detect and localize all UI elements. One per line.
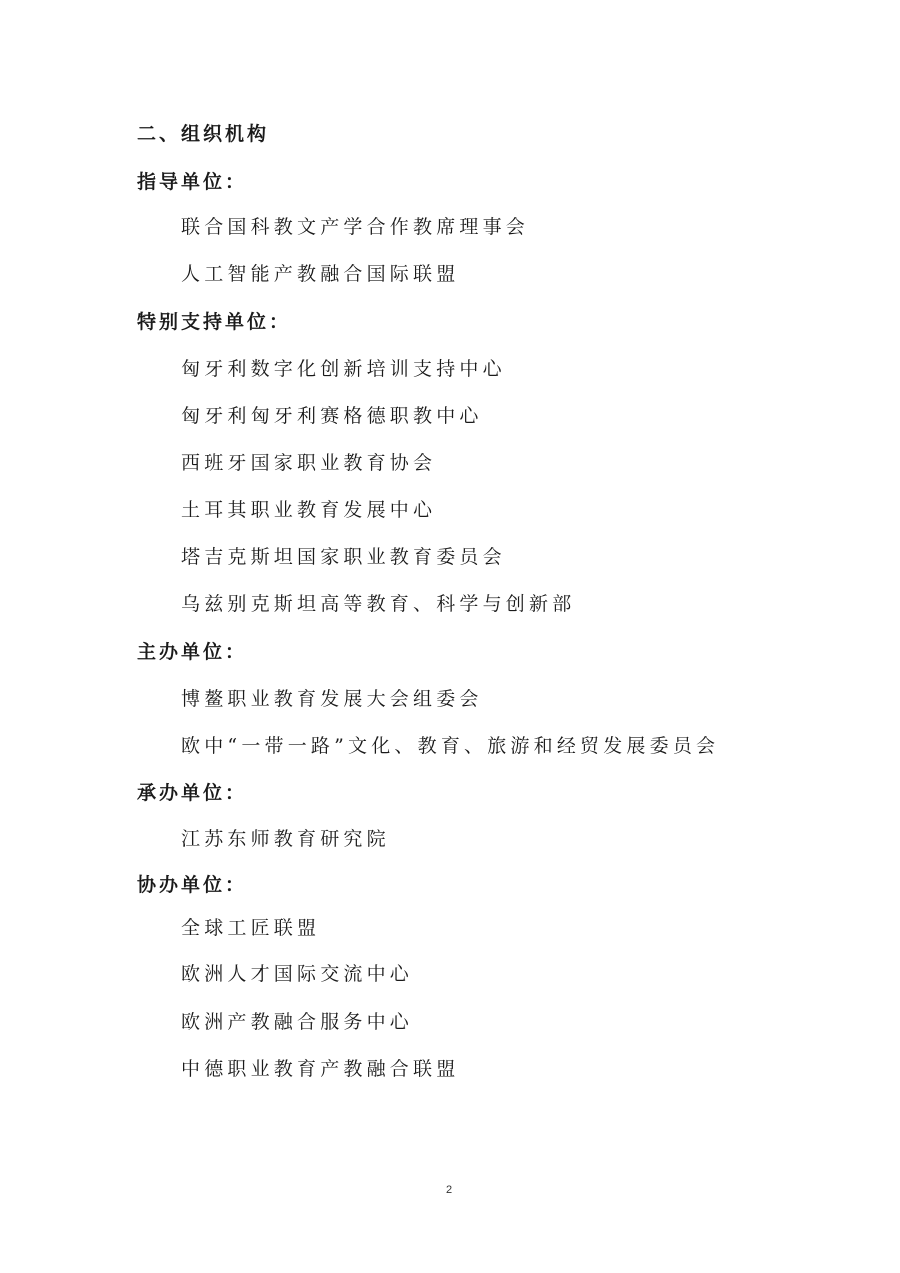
organizer-units-label: 承办单位： <box>137 781 247 805</box>
list-item: 匈牙利数字化创新培训支持中心 <box>181 357 506 381</box>
list-item: 欧洲产教融合服务中心 <box>181 1010 413 1034</box>
list-item: 联合国科教文产学合作教席理事会 <box>181 215 529 239</box>
guiding-units-label: 指导单位： <box>137 170 247 194</box>
document-page: 二、组织机构 指导单位： 联合国科教文产学合作教席理事会 人工智能产教融合国际联… <box>0 0 900 1273</box>
list-item: 塔吉克斯坦国家职业教育委员会 <box>181 545 506 569</box>
list-item: 欧洲人才国际交流中心 <box>181 962 413 986</box>
list-item: 江苏东师教育研究院 <box>181 827 390 851</box>
list-item: 匈牙利匈牙利赛格德职教中心 <box>181 404 483 428</box>
list-item: 全球工匠联盟 <box>181 916 320 940</box>
list-item: 西班牙国家职业教育协会 <box>181 451 436 475</box>
page-number: 2 <box>446 1184 452 1196</box>
list-item: 乌兹别克斯坦高等教育、科学与创新部 <box>181 592 575 616</box>
list-item: 欧中“一带一路”文化、教育、旅游和经贸发展委员会 <box>181 734 719 758</box>
special-support-units-label: 特别支持单位： <box>137 310 291 334</box>
list-item: 中德职业教育产教融合联盟 <box>181 1057 459 1081</box>
list-item: 人工智能产教融合国际联盟 <box>181 262 459 286</box>
section-title: 二、组织机构 <box>137 122 269 146</box>
list-item: 土耳其职业教育发展中心 <box>181 498 436 522</box>
co-organizer-units-label: 协办单位： <box>137 873 247 897</box>
host-units-label: 主办单位： <box>137 640 247 664</box>
list-item: 博鳌职业教育发展大会组委会 <box>181 687 483 711</box>
